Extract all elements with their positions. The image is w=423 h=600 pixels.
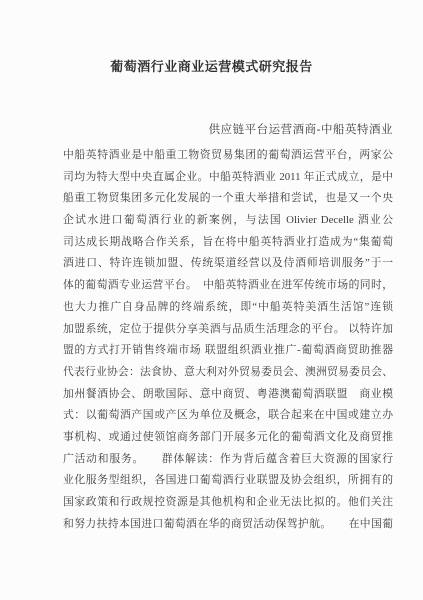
document-page: 葡萄酒行业商业运营模式研究报告 供应链平台运营酒商-中船英特酒业 中船英特酒业是…: [0, 0, 423, 600]
body-line: 代表行业协会：法食协、意大利对外贸易委员会、澳洲贸易委员会、: [63, 362, 393, 384]
body-line: 加州餐酒协会、朗歌国际、意中商贸、粤港澳葡萄酒联盟 商业模: [63, 384, 393, 406]
body-line: 船重工物贸集团多元化发展的一个重大举措和尝试，也是又一个央: [63, 188, 393, 210]
body-line: 式：以葡萄酒产国或产区为单位及概念，联合起来在中国或建立办: [63, 405, 393, 427]
body-line: 事机构、或通过使领馆商务部门开展多元化的葡萄酒文化及商贸推: [63, 427, 393, 449]
body-line: 企试水进口葡萄酒行业的新案例，与法国 Olivier Decelle 酒业公: [63, 210, 393, 232]
document-title: 葡萄酒行业商业运营模式研究报告: [0, 56, 423, 75]
body-line: 国家政策和行政规控资源是其他机构和企业无法比拟的。他们关注: [63, 492, 393, 514]
body-line: 体的葡萄酒专业运营平台。 中船英特酒业在进军传统市场的同时，: [63, 275, 393, 297]
body-line: 酒进口、特许连锁加盟、传统渠道经营以及侍酒师培训服务”于一: [63, 253, 393, 275]
body-line: 司达成长期战略合作关系，旨在将中船英特酒业打造成为“集葡萄: [63, 232, 393, 254]
body-line: 业化服务型组织，各国进口葡萄酒行业联盟及协会组织，所拥有的: [63, 470, 393, 492]
body-line: 加盟系统，定位于提供分享美酒与品质生活理念的平台。 以特许加: [63, 319, 393, 341]
body-line: 也大力推广自身品牌的终端系统，即“中船英特美酒生活馆”连锁: [63, 297, 393, 319]
body-paragraph: 中船英特酒业是中船重工物资贸易集团的葡萄酒运营平台，两家公 司均为特大型中央直属…: [63, 145, 393, 535]
body-line: 和努力扶持本国进口葡萄酒在华的商贸活动保驾护航。 在中国葡: [63, 514, 393, 536]
body-line: 广活动和服务。 群体解读：作为背后蕴含着巨大资源的国家行: [63, 449, 393, 471]
subtitle-supply-chain-line: 供应链平台运营酒商-中船英特酒业: [63, 121, 393, 137]
body-line: 中船英特酒业是中船重工物资贸易集团的葡萄酒运营平台，两家公: [63, 145, 393, 167]
body-line: 司均为特大型中央直属企业。中船英特酒业 2011 年正式成立，是中: [63, 167, 393, 189]
body-line: 盟的方式打开销售终端市场 联盟组织酒业推广-葡萄酒商贸助推器: [63, 340, 393, 362]
